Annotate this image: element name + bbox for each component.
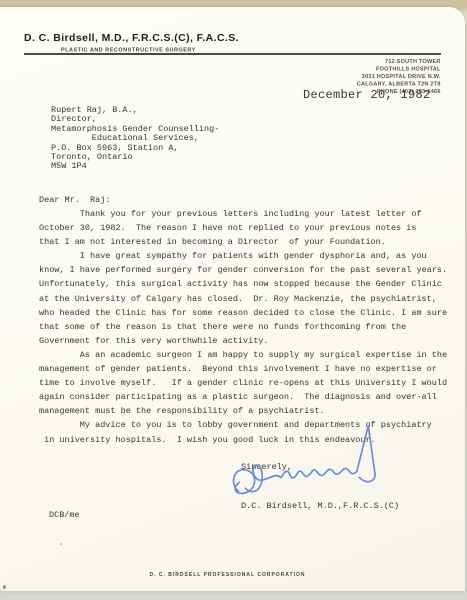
- footer-corporation: D. C. BIRDSELL PROFESSIONAL CORPORATION: [114, 572, 342, 578]
- reference-initials: DCB/me: [49, 510, 80, 520]
- recipient-address: Rupert Raj, B.A., Director, Metamorphosi…: [51, 106, 219, 172]
- letter-page: D. C. Birdsell, M.D., F.R.C.S.(C), F.A.C…: [0, 7, 465, 591]
- signature: [228, 421, 392, 513]
- letter-body: Thank you for your previous letters incl…: [39, 207, 447, 447]
- paper-speck: [60, 543, 62, 545]
- letterhead-rule: [24, 53, 441, 55]
- letterhead-doctor-name: D. C. Birdsell, M.D., F.R.C.S.(C), F.A.C…: [24, 32, 239, 44]
- letter-date: December 20, 1982: [303, 88, 431, 102]
- paper-speck: [3, 585, 6, 589]
- typed-signature-name: D.C. Birdsell, M.D.,F.R.C.S.(C): [241, 501, 399, 511]
- salutation: Dear Mr. Raj:: [39, 195, 110, 205]
